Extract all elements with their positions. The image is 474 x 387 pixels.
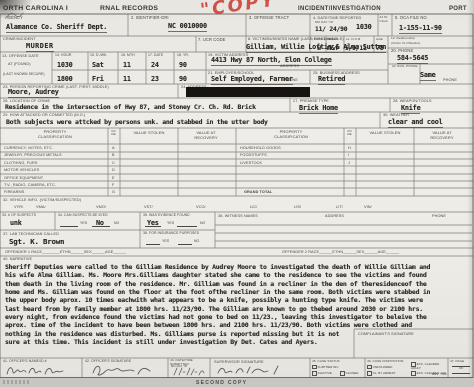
case-disposition-label: 46. CASE DISPOSITION:	[367, 360, 404, 364]
property-row: FOODSTUFFS	[240, 153, 267, 157]
checkbox-icon	[367, 371, 372, 376]
property-code: D	[112, 168, 115, 172]
vehicle-field: VYR/	[14, 205, 23, 209]
relationship-sublabel: (Victim To Offender)	[391, 42, 420, 46]
found-day: Sat	[92, 62, 104, 69]
evidence-found-value: Yes	[147, 220, 159, 227]
sex-value: m&f	[327, 45, 339, 52]
suspects-ided-yes: YES	[80, 222, 87, 226]
second-copy-label: SECOND COPY	[196, 380, 247, 386]
scan-shadow-corner	[0, 0, 34, 20]
code-header-right: CODE	[347, 130, 352, 137]
scanned-incident-report: ORTH CAROLINA I RNAL RECORDS INCIDENT/IN…	[0, 0, 474, 387]
evidence-found-no: NO	[200, 222, 205, 226]
bus-phone-sublabel: PHONE	[443, 78, 457, 82]
property-row: CLOTHING, FURS	[4, 161, 37, 165]
property-class-header-left: PROPERTY CLASSIFICATION	[32, 130, 78, 139]
disposition-option-unfounded: UNFOUNDED	[367, 365, 392, 370]
case-status-option-further: FURTHER INV.	[312, 365, 339, 370]
identifier-label: 2. IDENTIFIER-ORI	[131, 16, 169, 21]
race-value: w	[317, 45, 321, 52]
offense-tract-label: 3. OFFENSE TRACT	[249, 16, 289, 21]
secure-day: Fri	[92, 76, 104, 83]
property-code: F	[112, 183, 114, 187]
blank-line	[177, 226, 197, 227]
oca-file-label: 5. OCA FILE NO.	[395, 16, 428, 21]
location-value: Residence in the intersection of Hwy 87,…	[5, 104, 256, 111]
property-row: OFFICE EQUIPMENT	[4, 176, 43, 180]
property-code: C	[112, 161, 115, 165]
disposition-option-arrest: CL. BY ARREST	[367, 371, 396, 376]
secure-month: 11	[123, 76, 131, 83]
case-status-label: 45. CASE STATUS	[312, 360, 340, 364]
scan-shadow-edge	[467, 0, 474, 378]
vehicle-field: VCO/	[196, 205, 206, 209]
checkbox-icon	[411, 371, 416, 376]
clock-label: 24 Hr. Clock	[380, 16, 391, 23]
blank-line	[178, 244, 192, 245]
value-recovery-header-left: VALUE AT RECOVERY	[186, 131, 226, 140]
vehicle-field: LIC/	[250, 205, 257, 209]
property-row: HOUSEHOLD GOODS	[240, 146, 281, 150]
property-code: B	[112, 153, 115, 157]
premise-value: Brick Home	[299, 105, 338, 114]
revision-label: REV. 7/86	[432, 373, 447, 377]
mo-value: Both subjects were attcked by persons un…	[6, 119, 268, 126]
property-row: MOTOR VEHICLES	[4, 168, 39, 172]
vehicle-info-label: 32. VEHICLE INFO. (VICTIM/SUSPECTED)	[3, 198, 81, 202]
property-class-header-right: PROPERTY CLASSIFICATION	[268, 130, 314, 139]
suspects-ided-no: NO	[114, 222, 119, 226]
employer-value: Self Employed, Farmer	[211, 76, 293, 85]
crime-incident-label: CRIME/INCIDENT	[3, 37, 36, 41]
ucr-code-label: 7. UCR CODE	[198, 38, 226, 43]
evidence-found-label: 35. WAS EVIDENCE FOUND	[143, 214, 190, 218]
lab-technician-value: Sgt. K. Brown	[9, 238, 64, 245]
disposition-option-cleared-adult: EXC. CLEARED ADULT	[411, 362, 445, 370]
form-title-right-cut: PORT	[449, 6, 467, 12]
weather-value: clear and cool	[388, 119, 443, 128]
property-code: I	[348, 153, 349, 157]
property-code: H	[348, 146, 351, 150]
property-row: T.V., RADIO, CAMERA, ETC.	[4, 183, 56, 187]
num-suspects-value: unk	[10, 220, 22, 227]
property-code: A	[112, 146, 115, 150]
age-value: 79	[376, 45, 384, 52]
phone-value: 584-5645	[397, 55, 428, 64]
col-day-label: 15. D./WK.	[90, 54, 107, 58]
bus-phone-value: Same	[420, 72, 436, 81]
offender-2-line: OFFENDER 2 RACE______ETHN______SEX______…	[282, 250, 399, 254]
secure-hour: 1800	[57, 76, 73, 83]
weather-label: 30. WEATHER	[383, 113, 409, 117]
insurance-yes: YES	[162, 240, 169, 244]
property-row: CURRENCY, NOTES, ETC.	[4, 146, 53, 150]
case-status-option-inactive: INACTIVE	[312, 371, 332, 376]
page-label: 47. PAGE	[450, 360, 464, 364]
victim-address-value: 4413 Hwy 87 North, Elon College	[211, 57, 332, 66]
col-month-label: 16. MTH	[121, 54, 135, 58]
value-stolen-header-left: VALUE STOLEN	[132, 131, 166, 136]
found-year: 90	[179, 62, 187, 69]
date-submitted-handwriting	[171, 366, 207, 377]
form-title-right: INCIDENT/INVESTIGATION	[298, 6, 381, 12]
phone-label: 20. PHONE	[391, 49, 413, 54]
lab-technician-label: 37. LAB TECHNICIAN CALLED	[3, 232, 59, 236]
mo-label: 29. HOW ATTACKED OR COMMITTED (M.O.)	[3, 113, 85, 117]
value-stolen-header-right: VALUE STOLEN	[368, 131, 402, 136]
code-header-left: CODE	[111, 130, 116, 137]
page-of-label: OF	[459, 367, 464, 371]
witness-address-label: ADDRESS	[325, 214, 344, 218]
bus-phone-label: 22. BUS. PHONE	[392, 65, 418, 69]
sex-label: 10 SEX	[327, 38, 338, 42]
officer-name-signature	[5, 363, 77, 376]
vehicle-field: VST/	[144, 205, 153, 209]
date-reported-sublabel: MO DAY YR	[315, 21, 333, 25]
checkbox-icon	[312, 371, 317, 376]
premise-label: 27. PREMISE TYPE	[293, 99, 329, 103]
dob-value: 5/9/11	[345, 45, 367, 52]
agency-value: Alamance Co. Sheriff Dept.	[6, 24, 107, 33]
vehicle-field: VMA/	[36, 205, 46, 209]
checkbox-icon	[340, 371, 345, 376]
checkbox-icon	[312, 365, 317, 370]
form-title-left-cont: RNAL RECORDS	[100, 5, 158, 12]
property-row: FIREARMS	[4, 190, 24, 194]
col-date-label: 17. DATE	[148, 54, 163, 58]
col-hour-label: 14. HOUR	[55, 54, 71, 58]
narrative-text: Sheriff Deputies were called to the Gill…	[5, 263, 472, 346]
found-hour: 1030	[57, 62, 73, 69]
crime-incident-value: MURDER	[26, 43, 54, 52]
checkbox-icon	[367, 365, 372, 370]
insurance-label: 38. FOR INSURANCE PURPOSES	[143, 232, 199, 236]
offender-1-line: OFFENDER 1 RACE________ETHN______SEX____…	[5, 250, 127, 254]
secure-date: 23	[151, 76, 159, 83]
property-row: LIVESTOCK	[240, 161, 262, 165]
vehicle-field: VIN/	[364, 205, 372, 209]
vehicle-field: VMO/	[96, 205, 106, 209]
vehicle-field: LIT/	[336, 205, 343, 209]
offense-secure-label: (LAST KNOWN SECURE)	[3, 73, 49, 77]
col-year-label: 18. YR.	[177, 54, 189, 58]
offense-found-label: AT (FOUND)	[8, 62, 31, 66]
suspects-ided-label: 34. CAN SUSPECTS BE ID'ED	[58, 214, 108, 218]
value-recovery-header-right: VALUE AT RECOVERY	[422, 131, 462, 140]
witness-phone-label: PHONE	[432, 214, 446, 218]
found-date: 24	[151, 62, 159, 69]
officer-signature	[90, 362, 162, 376]
vehicle-field: LIS/	[294, 205, 301, 209]
blank-line	[146, 244, 160, 245]
time-reported-value: 1030	[356, 24, 372, 31]
relationship-label: 12. Relationship	[391, 37, 415, 41]
evidence-found-yes: YES	[167, 222, 174, 226]
offense-date-label: 13. OFFENSE DATE	[2, 54, 39, 58]
suspects-ided-value: No	[96, 220, 104, 227]
property-row: JEWELRY, PRECIOUS METALS	[4, 153, 62, 157]
print-smudge	[3, 380, 31, 384]
found-month: 11	[123, 62, 131, 69]
date-reported-value: 11/ 24/90	[315, 26, 347, 33]
blank-line	[60, 226, 78, 227]
redaction-bar	[186, 87, 310, 97]
property-code: J	[348, 161, 350, 165]
supervisor-signature	[214, 364, 304, 376]
dob-label: 11. D.O.B.	[346, 38, 361, 42]
secure-year: 90	[179, 76, 187, 83]
insurance-no: NO	[194, 240, 199, 244]
business-address-value: Retired	[318, 76, 345, 85]
identifier-value: NC 0010000	[168, 23, 207, 32]
case-status-option-closed: CLOSED	[340, 371, 358, 376]
grand-total-label: GRAND TOTAL	[244, 190, 272, 194]
property-code: E	[112, 176, 115, 180]
property-code: G	[112, 190, 115, 194]
narrative-label: 40. NARRATIVE	[3, 257, 32, 261]
num-suspects-label: 33. # OF SUSPECTS	[2, 214, 36, 218]
age-label: AGE	[376, 38, 383, 42]
witness-names-label: 36. WITNESS NAMES	[218, 214, 258, 218]
weapon-label: 28. WEAPON/TOOLS	[393, 99, 432, 103]
weapon-value: Knife	[401, 105, 420, 114]
oca-file-value: 1-155-11-90	[399, 25, 442, 34]
person-reporting-value: Moore, Audrey	[8, 89, 59, 98]
